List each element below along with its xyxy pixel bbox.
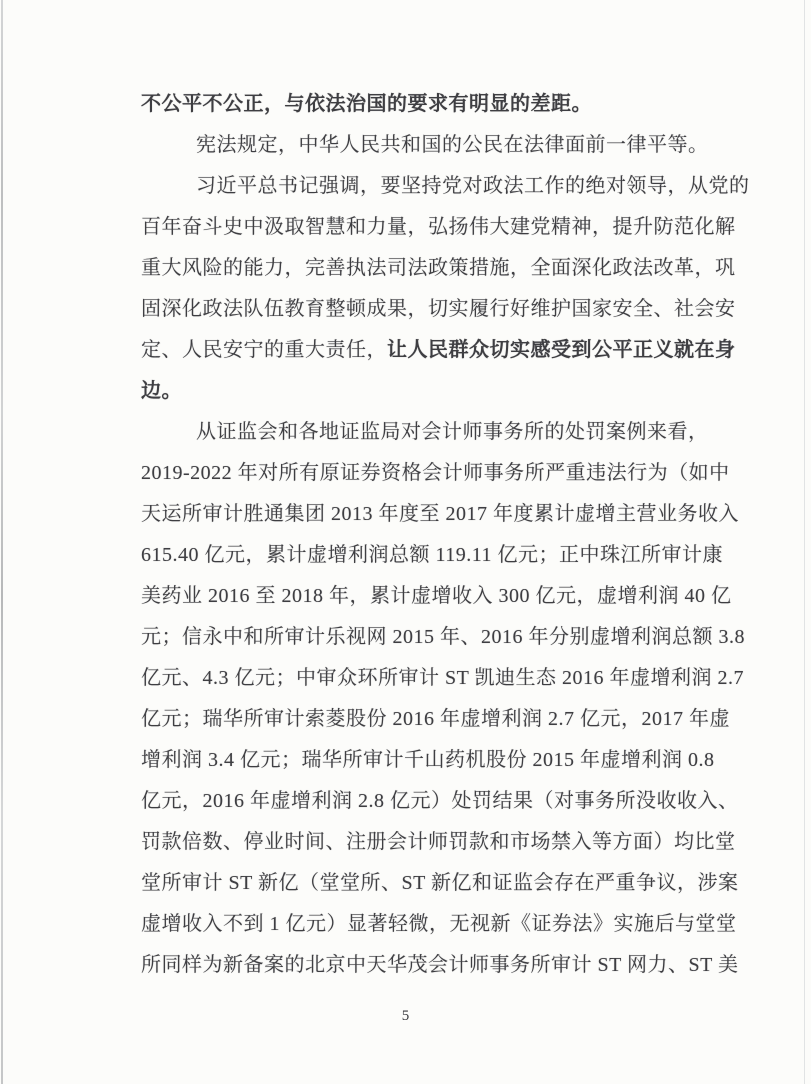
text-line: 重大风险的能力，完善执法司法政策措施，全面深化政法改革，巩 [141, 248, 701, 289]
body-text-segment: 从证监会和各地证监局对会计师事务所的处罚案例来看， [196, 421, 709, 443]
text-line: 罚款倍数、停业时间、注册会计师罚款和市场禁入等方面）均比堂 [141, 822, 701, 863]
emphasis-text: 不公平不公正，与依法治国的要求有明显的差距。 [141, 93, 592, 115]
text-line: 堂所审计 ST 新亿（堂堂所、ST 新亿和证监会存在严重争议，涉案 [141, 863, 701, 904]
text-line: 固深化政法队伍教育整顿成果，切实履行好维护国家安全、社会安 [141, 289, 701, 330]
text-line: 2019-2022 年对所有原证券资格会计师事务所严重违法行为（如中 [141, 453, 701, 494]
body-text-segment: 重大风险的能力，完善执法司法政策措施，全面深化政法改革，巩 [141, 257, 736, 279]
text-line: 美药业 2016 至 2018 年，累计虚增收入 300 亿元，虚增利润 40 … [141, 576, 701, 617]
text-line: 亿元，2016 年虚增利润 2.8 亿元）处罚结果（对事务所没收收入、 [141, 781, 701, 822]
document-body: 不公平不公正，与依法治国的要求有明显的差距。宪法规定，中华人民共和国的公民在法律… [141, 84, 701, 986]
body-text-segment: 百年奋斗史中汲取智慧和力量，弘扬伟大建党精神，提升防范化解 [141, 216, 736, 238]
body-text-segment: 习近平总书记强调，要坚持党对政法工作的绝对领导，从党的 [196, 175, 750, 197]
body-text-segment: 元；信永中和所审计乐视网 2015 年、2016 年分别虚增利润总额 3.8 [141, 626, 745, 648]
scan-edge-right [804, 0, 805, 1084]
text-line: 所同样为新备案的北京中天华茂会计师事务所审计 ST 网力、ST 美 [141, 945, 701, 986]
body-text-segment: 亿元，2016 年虚增利润 2.8 亿元）处罚结果（对事务所没收收入、 [141, 790, 739, 812]
text-line: 虚增收入不到 1 亿元）显著轻微，无视新《证券法》实施后与堂堂 [141, 904, 701, 945]
body-text-segment: 美药业 2016 至 2018 年，累计虚增收入 300 亿元，虚增利润 40 … [141, 585, 732, 607]
text-line: 天运所审计胜通集团 2013 年度至 2017 年度累计虚增主营业务收入 [141, 494, 701, 535]
body-text-segment: 所同样为新备案的北京中天华茂会计师事务所审计 ST 网力、ST 美 [141, 954, 738, 976]
text-line: 亿元；瑞华所审计索菱股份 2016 年虚增利润 2.7 亿元，2017 年虚 [141, 699, 701, 740]
text-line: 元；信永中和所审计乐视网 2015 年、2016 年分别虚增利润总额 3.8 [141, 617, 701, 658]
body-text-segment: 亿元、4.3 亿元；中审众环所审计 ST 凯迪生态 2016 年虚增利润 2.7 [141, 667, 744, 689]
body-text-segment: 宪法规定，中华人民共和国的公民在法律面前一律平等。 [196, 134, 709, 156]
text-line: 增利润 3.4 亿元；瑞华所审计千山药机股份 2015 年虚增利润 0.8 [141, 740, 701, 781]
text-line: 不公平不公正，与依法治国的要求有明显的差距。 [141, 84, 701, 125]
text-line: 习近平总书记强调，要坚持党对政法工作的绝对领导，从党的 [141, 166, 701, 207]
body-text-segment: 天运所审计胜通集团 2013 年度至 2017 年度累计虚增主营业务收入 [141, 503, 739, 525]
body-text-segment: 亿元；瑞华所审计索菱股份 2016 年虚增利润 2.7 亿元，2017 年虚 [141, 708, 730, 730]
body-text-segment: 定、人民安宁的重大责任， [141, 339, 387, 361]
text-line: 边。 [141, 371, 701, 412]
document-page: 不公平不公正，与依法治国的要求有明显的差距。宪法规定，中华人民共和国的公民在法律… [0, 0, 811, 1084]
text-line: 百年奋斗史中汲取智慧和力量，弘扬伟大建党精神，提升防范化解 [141, 207, 701, 248]
page-number: 5 [0, 1008, 811, 1025]
emphasis-text: 让人民群众切实感受到公平正义就在身 [387, 339, 736, 361]
scan-edge-left [1, 0, 3, 1084]
text-line: 亿元、4.3 亿元；中审众环所审计 ST 凯迪生态 2016 年虚增利润 2.7 [141, 658, 701, 699]
body-text-segment: 固深化政法队伍教育整顿成果，切实履行好维护国家安全、社会安 [141, 298, 736, 320]
body-text-segment: 615.40 亿元，累计虚增利润总额 119.11 亿元；正中珠江所审计康 [141, 544, 723, 566]
body-text-segment: 罚款倍数、停业时间、注册会计师罚款和市场禁入等方面）均比堂 [141, 831, 736, 853]
text-line: 从证监会和各地证监局对会计师事务所的处罚案例来看， [141, 412, 701, 453]
emphasis-text: 边。 [141, 380, 182, 402]
body-text-segment: 增利润 3.4 亿元；瑞华所审计千山药机股份 2015 年虚增利润 0.8 [141, 749, 715, 771]
body-text-segment: 虚增收入不到 1 亿元）显著轻微，无视新《证券法》实施后与堂堂 [141, 913, 737, 935]
body-text-segment: 堂所审计 ST 新亿（堂堂所、ST 新亿和证监会存在严重争议，涉案 [141, 872, 738, 894]
text-line: 定、人民安宁的重大责任，让人民群众切实感受到公平正义就在身 [141, 330, 701, 371]
text-line: 615.40 亿元，累计虚增利润总额 119.11 亿元；正中珠江所审计康 [141, 535, 701, 576]
body-text-segment: 2019-2022 年对所有原证券资格会计师事务所严重违法行为（如中 [141, 462, 730, 484]
text-line: 宪法规定，中华人民共和国的公民在法律面前一律平等。 [141, 125, 701, 166]
